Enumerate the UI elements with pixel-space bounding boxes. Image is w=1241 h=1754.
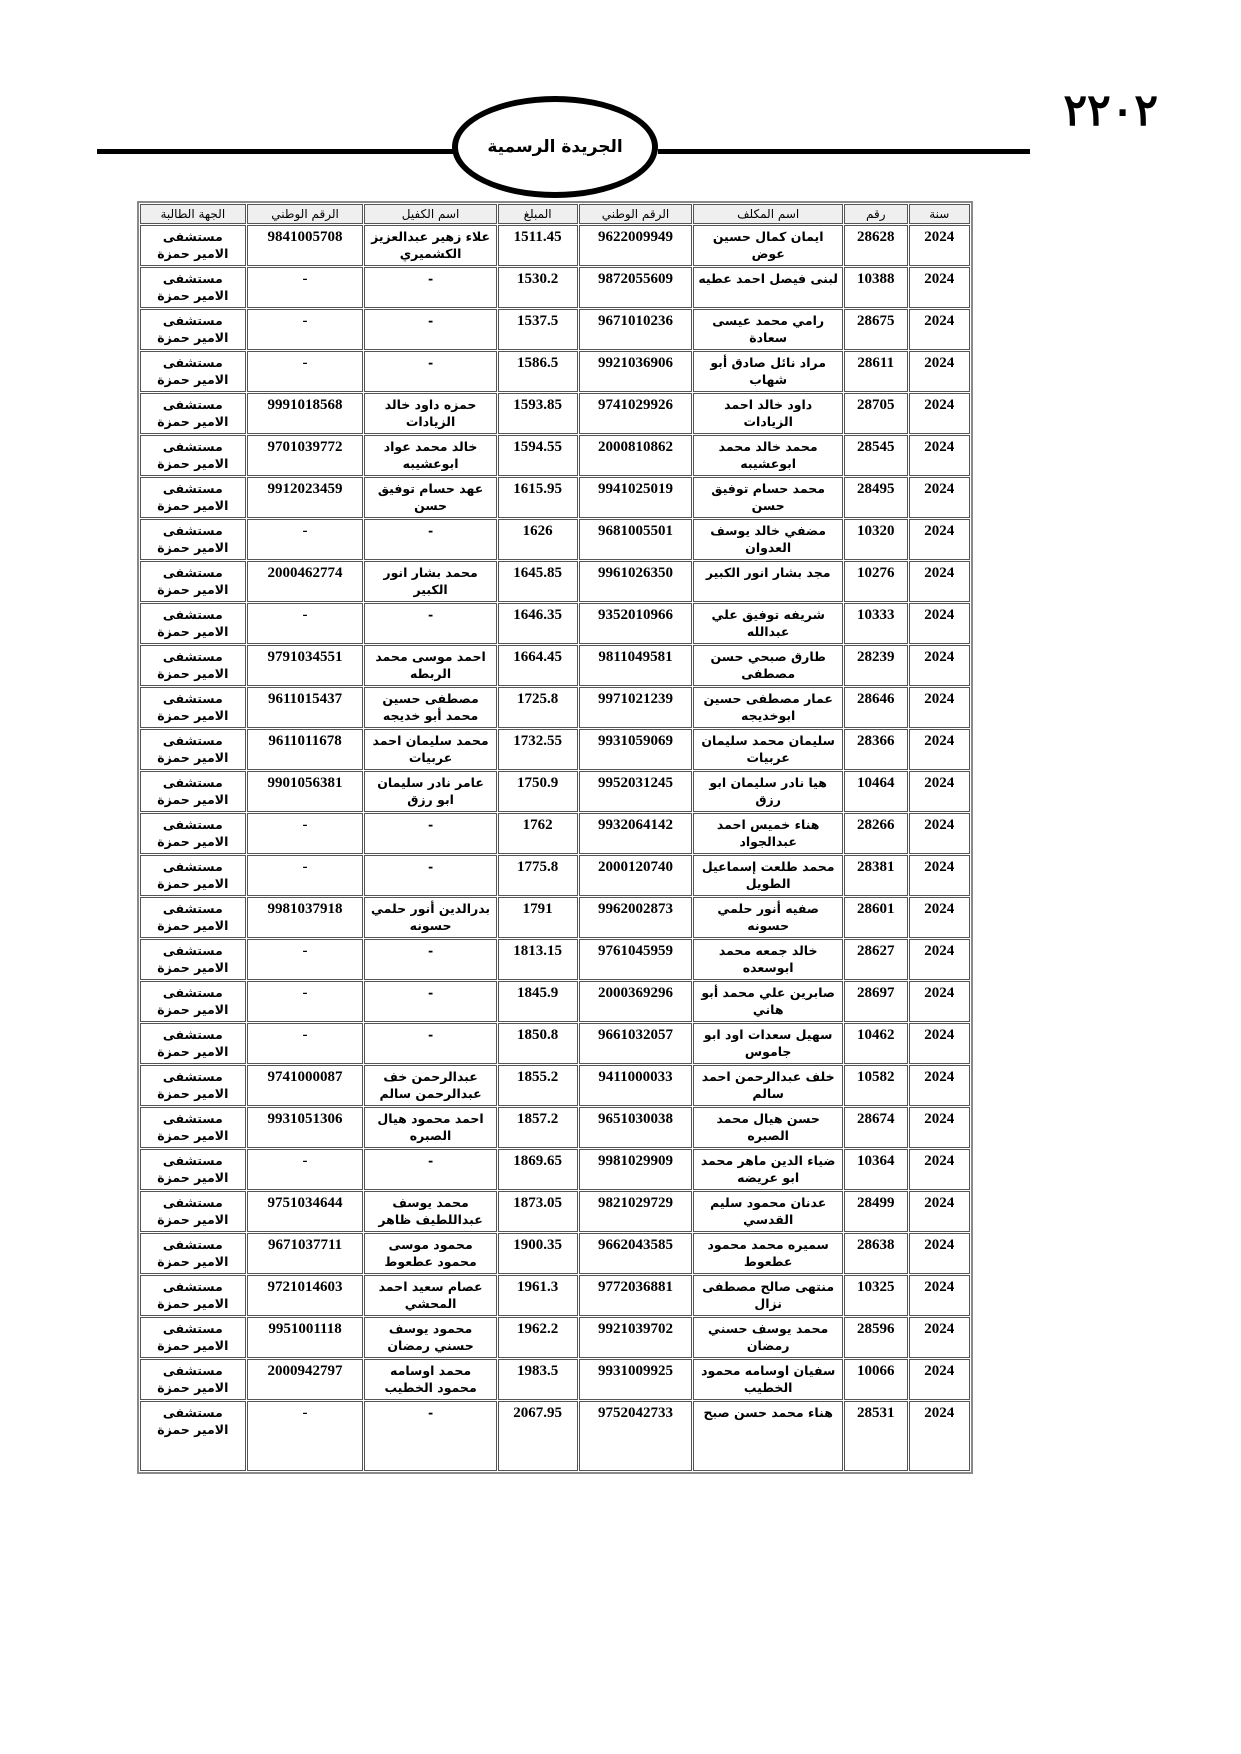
cell-debtor-name: رامي محمد عيسى سعادة: [693, 309, 843, 350]
cell-requester: مستشفى الامير حمزة: [140, 351, 246, 392]
column-header-requester: الجهة الطالبة: [140, 204, 246, 224]
cell-year: 2024: [909, 267, 970, 308]
cell-year: 2024: [909, 351, 970, 392]
cell-year: 2024: [909, 939, 970, 980]
cell-ref: 10388: [844, 267, 908, 308]
cell-amount: 1593.85: [498, 393, 578, 434]
cell-debtor-name: صفيه أنور حلمي حسونه: [693, 897, 843, 938]
cell-debtor-name: محمد حسام توفيق حسن: [693, 477, 843, 518]
cell-requester: مستشفى الامير حمزة: [140, 981, 246, 1022]
cell-guarantor-name: عهد حسام توفيق حسن: [364, 477, 496, 518]
cell-debtor-nid: 9952031245: [579, 771, 693, 812]
cell-guarantor-nid: 9791034551: [247, 645, 364, 686]
table-row: 202428697صابرين علي محمد أبو هاني2000369…: [140, 981, 970, 1022]
cell-guarantor-nid: 9721014603: [247, 1275, 364, 1316]
table-row: 202428646عمار مصطفى حسين ابوخديجه9971021…: [140, 687, 970, 728]
cell-ref: 28601: [844, 897, 908, 938]
cell-debtor-name: عمار مصطفى حسين ابوخديجه: [693, 687, 843, 728]
cell-ref: 10320: [844, 519, 908, 560]
cell-amount: 1962.2: [498, 1317, 578, 1358]
publication-title-oval: الجريدة الرسمية: [452, 96, 658, 198]
cell-debtor-name: مضفي خالد يوسف العدوان: [693, 519, 843, 560]
cell-requester: مستشفى الامير حمزة: [140, 477, 246, 518]
cell-amount: 1594.55: [498, 435, 578, 476]
column-header-year: سنة: [909, 204, 970, 224]
cell-ref: 28675: [844, 309, 908, 350]
table-row: 202428628ايمان كمال حسين عوض962200994915…: [140, 225, 970, 266]
cell-debtor-name: داود خالد احمد الزيادات: [693, 393, 843, 434]
cell-guarantor-nid: -: [247, 981, 364, 1022]
cell-year: 2024: [909, 813, 970, 854]
cell-amount: 1845.9: [498, 981, 578, 1022]
cell-requester: مستشفى الامير حمزة: [140, 1023, 246, 1064]
table-row: 202428596محمد يوسف حسني رمضان99210397021…: [140, 1317, 970, 1358]
table-row: 202428627خالد جمعه محمد ابوسعده976104595…: [140, 939, 970, 980]
cell-guarantor-name: -: [364, 855, 496, 896]
cell-guarantor-nid: 9991018568: [247, 393, 364, 434]
cell-guarantor-name: عصام سعيد احمد المحشي: [364, 1275, 496, 1316]
cell-debtor-name: حسن هيال محمد الصبره: [693, 1107, 843, 1148]
column-header-debtor-name: اسم المكلف: [693, 204, 843, 224]
table-body: 202428628ايمان كمال حسين عوض962200994915…: [140, 225, 970, 1471]
cell-ref: 28545: [844, 435, 908, 476]
cell-year: 2024: [909, 309, 970, 350]
table-row: 202410462سهيل سعدات اود ابو جاموس9661032…: [140, 1023, 970, 1064]
cell-guarantor-nid: 9951001118: [247, 1317, 364, 1358]
table-row: 202428381محمد طلعت إسماعيل الطويل2000120…: [140, 855, 970, 896]
cell-requester: مستشفى الامير حمزة: [140, 309, 246, 350]
cell-guarantor-nid: 9611015437: [247, 687, 364, 728]
cell-requester: مستشفى الامير حمزة: [140, 267, 246, 308]
cell-guarantor-name: حمزه داود خالد الزيادات: [364, 393, 496, 434]
cell-amount: 1664.45: [498, 645, 578, 686]
cell-debtor-nid: 9962002873: [579, 897, 693, 938]
cell-debtor-nid: 9981029909: [579, 1149, 693, 1190]
cell-year: 2024: [909, 645, 970, 686]
cell-debtor-nid: 9921036906: [579, 351, 693, 392]
column-header-amount: المبلغ: [498, 204, 578, 224]
cell-year: 2024: [909, 1065, 970, 1106]
cell-debtor-name: ايمان كمال حسين عوض: [693, 225, 843, 266]
cell-ref: 28266: [844, 813, 908, 854]
cell-year: 2024: [909, 981, 970, 1022]
cell-year: 2024: [909, 1233, 970, 1274]
cell-ref: 10333: [844, 603, 908, 644]
cell-debtor-nid: 9662043585: [579, 1233, 693, 1274]
cell-requester: مستشفى الامير حمزة: [140, 645, 246, 686]
cell-debtor-nid: 2000120740: [579, 855, 693, 896]
cell-guarantor-nid: 9611011678: [247, 729, 364, 770]
table-row: 202410066سفيان اوسامه محمود الخطيب993100…: [140, 1359, 970, 1400]
cell-guarantor-nid: 9912023459: [247, 477, 364, 518]
cell-guarantor-nid: -: [247, 309, 364, 350]
cell-requester: مستشفى الامير حمزة: [140, 1149, 246, 1190]
cell-amount: 1855.2: [498, 1065, 578, 1106]
cell-debtor-name: طارق صبحي حسن مصطفى: [693, 645, 843, 686]
cell-guarantor-name: بدرالدين أنور حلمي حسونه: [364, 897, 496, 938]
table-row: 202410388لبنى فيصل احمد عطيه987205560915…: [140, 267, 970, 308]
cell-ref: 28531: [844, 1401, 908, 1471]
cell-guarantor-name: محمد سليمان احمد عربيات: [364, 729, 496, 770]
cell-guarantor-name: -: [364, 813, 496, 854]
cell-guarantor-nid: 9901056381: [247, 771, 364, 812]
cell-requester: مستشفى الامير حمزة: [140, 813, 246, 854]
cell-requester: مستشفى الامير حمزة: [140, 393, 246, 434]
cell-guarantor-nid: -: [247, 1149, 364, 1190]
cell-debtor-nid: 9932064142: [579, 813, 693, 854]
cell-guarantor-name: محمود موسى محمود عطعوط: [364, 1233, 496, 1274]
cell-amount: 1762: [498, 813, 578, 854]
cell-year: 2024: [909, 477, 970, 518]
cell-debtor-name: سفيان اوسامه محمود الخطيب: [693, 1359, 843, 1400]
cell-ref: 28495: [844, 477, 908, 518]
cell-ref: 28628: [844, 225, 908, 266]
cell-requester: مستشفى الامير حمزة: [140, 1233, 246, 1274]
cell-guarantor-nid: -: [247, 519, 364, 560]
cell-guarantor-name: -: [364, 1149, 496, 1190]
publication-title: الجريدة الرسمية: [487, 137, 622, 157]
cell-ref: 28638: [844, 1233, 908, 1274]
cell-year: 2024: [909, 393, 970, 434]
cell-guarantor-name: احمد محمود هيال الصبره: [364, 1107, 496, 1148]
cell-guarantor-nid: -: [247, 855, 364, 896]
cell-year: 2024: [909, 897, 970, 938]
table-header-row: سنة رقم اسم المكلف الرقم الوطني المبلغ ا…: [140, 204, 970, 224]
cell-year: 2024: [909, 1023, 970, 1064]
cell-ref: 10582: [844, 1065, 908, 1106]
cell-debtor-nid: 9821029729: [579, 1191, 693, 1232]
cell-amount: 2067.95: [498, 1401, 578, 1471]
cell-amount: 1869.65: [498, 1149, 578, 1190]
cell-debtor-nid: 2000369296: [579, 981, 693, 1022]
cell-ref: 28239: [844, 645, 908, 686]
cell-year: 2024: [909, 729, 970, 770]
table-row: 202428675رامي محمد عيسى سعادة96710102361…: [140, 309, 970, 350]
cell-amount: 1615.95: [498, 477, 578, 518]
cell-debtor-nid: 9772036881: [579, 1275, 693, 1316]
cell-guarantor-nid: -: [247, 351, 364, 392]
cell-debtor-name: سميره محمد محمود عطعوط: [693, 1233, 843, 1274]
cell-debtor-name: سليمان محمد سليمان عربيات: [693, 729, 843, 770]
cell-guarantor-nid: 9931051306: [247, 1107, 364, 1148]
cell-ref: 10464: [844, 771, 908, 812]
table-row: 202428266هناء خميس احمد عبدالجواد9932064…: [140, 813, 970, 854]
cell-requester: مستشفى الامير حمزة: [140, 729, 246, 770]
cell-debtor-name: محمد يوسف حسني رمضان: [693, 1317, 843, 1358]
cell-amount: 1750.9: [498, 771, 578, 812]
cell-guarantor-name: عامر نادر سليمان ابو رزق: [364, 771, 496, 812]
cell-guarantor-name: عبدالرحمن خف عبدالرحمن سالم: [364, 1065, 496, 1106]
column-header-guarantor-name: اسم الكفيل: [364, 204, 496, 224]
cell-ref: 28697: [844, 981, 908, 1022]
table-row: 202428531هناء محمد حسن صبح97520427332067…: [140, 1401, 970, 1471]
cell-year: 2024: [909, 1149, 970, 1190]
cell-guarantor-name: -: [364, 267, 496, 308]
cell-year: 2024: [909, 1359, 970, 1400]
cell-debtor-name: هيا نادر سليمان ابو رزق: [693, 771, 843, 812]
cell-guarantor-nid: 9751034644: [247, 1191, 364, 1232]
cell-debtor-nid: 9921039702: [579, 1317, 693, 1358]
cell-debtor-nid: 9752042733: [579, 1401, 693, 1471]
cell-ref: 28627: [844, 939, 908, 980]
cell-year: 2024: [909, 855, 970, 896]
cell-year: 2024: [909, 225, 970, 266]
cell-ref: 28596: [844, 1317, 908, 1358]
cell-amount: 1961.3: [498, 1275, 578, 1316]
cell-debtor-nid: 9411000033: [579, 1065, 693, 1106]
cell-ref: 10462: [844, 1023, 908, 1064]
cell-debtor-name: مراد نائل صادق أبو شهاب: [693, 351, 843, 392]
cell-requester: مستشفى الامير حمزة: [140, 687, 246, 728]
cell-debtor-nid: 9622009949: [579, 225, 693, 266]
cell-year: 2024: [909, 435, 970, 476]
cell-year: 2024: [909, 771, 970, 812]
cell-requester: مستشفى الامير حمزة: [140, 225, 246, 266]
table-row: 202428499عدنان محمود سليم القدسي98210297…: [140, 1191, 970, 1232]
table-row: 202410325منتهى صالح مصطفى نزال9772036881…: [140, 1275, 970, 1316]
cell-ref: 10066: [844, 1359, 908, 1400]
table-row: 202428239طارق صبحي حسن مصطفى981104958116…: [140, 645, 970, 686]
cell-year: 2024: [909, 603, 970, 644]
cell-debtor-nid: 9761045959: [579, 939, 693, 980]
cell-guarantor-name: احمد موسى محمد الربطه: [364, 645, 496, 686]
cell-guarantor-nid: 9841005708: [247, 225, 364, 266]
cell-guarantor-nid: -: [247, 1023, 364, 1064]
cell-requester: مستشفى الامير حمزة: [140, 1107, 246, 1148]
cell-guarantor-name: -: [364, 519, 496, 560]
cell-debtor-name: ضياء الدين ماهر محمد ابو عريضه: [693, 1149, 843, 1190]
cell-debtor-nid: 9661032057: [579, 1023, 693, 1064]
column-header-debtor-nid: الرقم الوطني: [579, 204, 693, 224]
cell-guarantor-nid: -: [247, 267, 364, 308]
cell-year: 2024: [909, 1401, 970, 1471]
cell-requester: مستشفى الامير حمزة: [140, 561, 246, 602]
cell-guarantor-name: علاء زهير عبدالعزيز الكشميري: [364, 225, 496, 266]
cell-debtor-name: خلف عبدالرحمن احمد سالم: [693, 1065, 843, 1106]
cell-amount: 1813.15: [498, 939, 578, 980]
cell-guarantor-name: -: [364, 309, 496, 350]
cell-guarantor-name: -: [364, 939, 496, 980]
cell-debtor-nid: 9651030038: [579, 1107, 693, 1148]
cell-requester: مستشفى الامير حمزة: [140, 1317, 246, 1358]
column-header-ref: رقم: [844, 204, 908, 224]
cell-guarantor-nid: 2000462774: [247, 561, 364, 602]
cell-debtor-name: عدنان محمود سليم القدسي: [693, 1191, 843, 1232]
cell-year: 2024: [909, 561, 970, 602]
cell-debtor-name: لبنى فيصل احمد عطيه: [693, 267, 843, 308]
cell-ref: 10325: [844, 1275, 908, 1316]
cell-debtor-nid: 9352010966: [579, 603, 693, 644]
cell-amount: 1511.45: [498, 225, 578, 266]
cell-debtor-nid: 2000810862: [579, 435, 693, 476]
cell-amount: 1626: [498, 519, 578, 560]
cell-year: 2024: [909, 687, 970, 728]
cell-amount: 1646.35: [498, 603, 578, 644]
cell-debtor-nid: 9971021239: [579, 687, 693, 728]
cell-amount: 1725.8: [498, 687, 578, 728]
cell-guarantor-nid: -: [247, 813, 364, 854]
table-row: 202410464هيا نادر سليمان ابو رزق99520312…: [140, 771, 970, 812]
cell-ref: 28705: [844, 393, 908, 434]
cell-guarantor-name: -: [364, 351, 496, 392]
cell-debtor-name: خالد جمعه محمد ابوسعده: [693, 939, 843, 980]
page-number: ٢٢٠٢: [1028, 86, 1158, 136]
cell-debtor-name: صابرين علي محمد أبو هاني: [693, 981, 843, 1022]
table-row: 202410276مجد بشار انور الكبير99610263501…: [140, 561, 970, 602]
cell-guarantor-name: محمد يوسف عبداللطيف ظاهر: [364, 1191, 496, 1232]
cell-guarantor-nid: 2000942797: [247, 1359, 364, 1400]
table-row: 202428366سليمان محمد سليمان عربيات993105…: [140, 729, 970, 770]
cell-amount: 1850.8: [498, 1023, 578, 1064]
cell-requester: مستشفى الامير حمزة: [140, 519, 246, 560]
table-row: 202428611مراد نائل صادق أبو شهاب99210369…: [140, 351, 970, 392]
cell-ref: 28611: [844, 351, 908, 392]
cell-debtor-nid: 9931059069: [579, 729, 693, 770]
cell-debtor-nid: 9741029926: [579, 393, 693, 434]
cell-debtor-name: منتهى صالح مصطفى نزال: [693, 1275, 843, 1316]
cell-amount: 1586.5: [498, 351, 578, 392]
cell-guarantor-nid: -: [247, 603, 364, 644]
cell-ref: 28381: [844, 855, 908, 896]
cell-debtor-nid: 9931009925: [579, 1359, 693, 1400]
cell-requester: مستشفى الامير حمزة: [140, 603, 246, 644]
cell-year: 2024: [909, 519, 970, 560]
cell-guarantor-name: محمد اوسامه محمود الخطيب: [364, 1359, 496, 1400]
cell-amount: 1530.2: [498, 267, 578, 308]
cell-year: 2024: [909, 1275, 970, 1316]
table-row: 202428638سميره محمد محمود عطعوط966204358…: [140, 1233, 970, 1274]
table-row: 202428601صفيه أنور حلمي حسونه99620028731…: [140, 897, 970, 938]
cell-debtor-nid: 9941025019: [579, 477, 693, 518]
cell-debtor-name: مجد بشار انور الكبير: [693, 561, 843, 602]
cell-requester: مستشفى الامير حمزة: [140, 939, 246, 980]
cell-guarantor-nid: -: [247, 1401, 364, 1471]
cell-ref: 28646: [844, 687, 908, 728]
table-row: 202428705داود خالد احمد الزيادات97410299…: [140, 393, 970, 434]
cell-guarantor-nid: 9701039772: [247, 435, 364, 476]
table-row: 202410364ضياء الدين ماهر محمد ابو عريضه9…: [140, 1149, 970, 1190]
cell-year: 2024: [909, 1191, 970, 1232]
cell-debtor-name: سهيل سعدات اود ابو جاموس: [693, 1023, 843, 1064]
cell-amount: 1775.8: [498, 855, 578, 896]
cell-debtor-name: محمد خالد محمد ابوعشيبه: [693, 435, 843, 476]
cell-debtor-nid: 9961026350: [579, 561, 693, 602]
debtors-table-container: سنة رقم اسم المكلف الرقم الوطني المبلغ ا…: [137, 201, 973, 1474]
cell-guarantor-nid: 9981037918: [247, 897, 364, 938]
cell-requester: مستشفى الامير حمزة: [140, 771, 246, 812]
header-rule-right: [658, 149, 1030, 154]
cell-year: 2024: [909, 1107, 970, 1148]
cell-guarantor-name: -: [364, 1023, 496, 1064]
cell-ref: 28674: [844, 1107, 908, 1148]
cell-amount: 1983.5: [498, 1359, 578, 1400]
cell-debtor-nid: 9681005501: [579, 519, 693, 560]
cell-guarantor-name: -: [364, 1401, 496, 1471]
cell-guarantor-name: مصطفى حسين محمد أبو خديجه: [364, 687, 496, 728]
table-row: 202410333شريفه توفيق علي عبدالله93520109…: [140, 603, 970, 644]
table-row: 202410582خلف عبدالرحمن احمد سالم94110000…: [140, 1065, 970, 1106]
cell-amount: 1857.2: [498, 1107, 578, 1148]
debtors-table: سنة رقم اسم المكلف الرقم الوطني المبلغ ا…: [137, 201, 973, 1474]
cell-amount: 1732.55: [498, 729, 578, 770]
cell-amount: 1900.35: [498, 1233, 578, 1274]
cell-debtor-nid: 9872055609: [579, 267, 693, 308]
cell-ref: 28366: [844, 729, 908, 770]
cell-requester: مستشفى الامير حمزة: [140, 1191, 246, 1232]
cell-debtor-name: هناء محمد حسن صبح: [693, 1401, 843, 1471]
cell-debtor-name: شريفه توفيق علي عبدالله: [693, 603, 843, 644]
cell-guarantor-name: محمد بشار انور الكبير: [364, 561, 496, 602]
cell-debtor-nid: 9811049581: [579, 645, 693, 686]
cell-guarantor-nid: 9671037711: [247, 1233, 364, 1274]
cell-ref: 28499: [844, 1191, 908, 1232]
cell-amount: 1791: [498, 897, 578, 938]
cell-ref: 10364: [844, 1149, 908, 1190]
table-row: 202410320مضفي خالد يوسف العدوان968100550…: [140, 519, 970, 560]
table-row: 202428674حسن هيال محمد الصبره96510300381…: [140, 1107, 970, 1148]
cell-guarantor-name: -: [364, 981, 496, 1022]
column-header-guarantor-nid: الرقم الوطني: [247, 204, 364, 224]
cell-amount: 1873.05: [498, 1191, 578, 1232]
table-row: 202428545محمد خالد محمد ابوعشيبه20008108…: [140, 435, 970, 476]
cell-guarantor-nid: 9741000087: [247, 1065, 364, 1106]
cell-requester: مستشفى الامير حمزة: [140, 897, 246, 938]
cell-guarantor-nid: -: [247, 939, 364, 980]
cell-requester: مستشفى الامير حمزة: [140, 1401, 246, 1471]
cell-requester: مستشفى الامير حمزة: [140, 855, 246, 896]
cell-debtor-nid: 9671010236: [579, 309, 693, 350]
cell-debtor-name: هناء خميس احمد عبدالجواد: [693, 813, 843, 854]
cell-guarantor-name: -: [364, 603, 496, 644]
cell-amount: 1537.5: [498, 309, 578, 350]
cell-requester: مستشفى الامير حمزة: [140, 1275, 246, 1316]
cell-guarantor-name: خالد محمد عواد ابوعشيبه: [364, 435, 496, 476]
cell-amount: 1645.85: [498, 561, 578, 602]
cell-year: 2024: [909, 1317, 970, 1358]
cell-requester: مستشفى الامير حمزة: [140, 1359, 246, 1400]
header-rule-left: [97, 149, 454, 154]
cell-guarantor-name: محمود يوسف حسني رمضان: [364, 1317, 496, 1358]
cell-requester: مستشفى الامير حمزة: [140, 435, 246, 476]
table-row: 202428495محمد حسام توفيق حسن994102501916…: [140, 477, 970, 518]
cell-requester: مستشفى الامير حمزة: [140, 1065, 246, 1106]
cell-ref: 10276: [844, 561, 908, 602]
cell-debtor-name: محمد طلعت إسماعيل الطويل: [693, 855, 843, 896]
